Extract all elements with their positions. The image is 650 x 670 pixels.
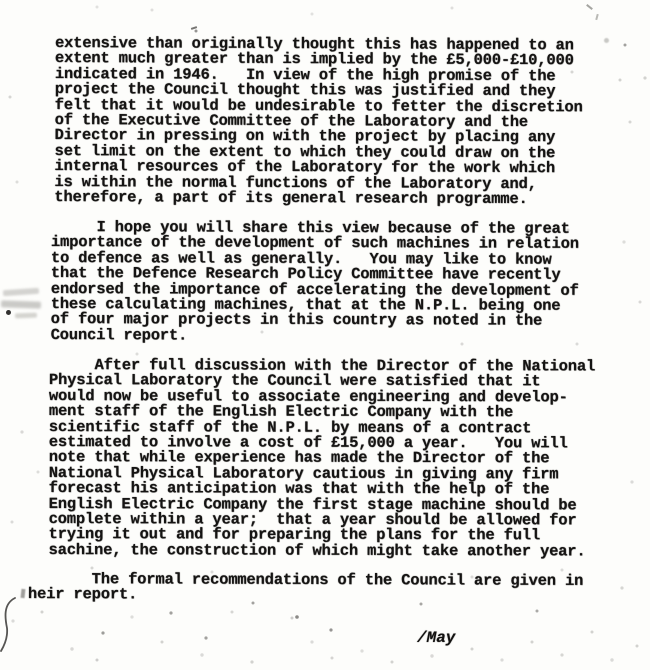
scan-noise-specks [0, 0, 2, 2]
pencil-smudge-artifact [1, 300, 41, 308]
body-paragraph-4: The formal recommendations of the Counci… [28, 572, 583, 605]
scanned-letter-page: extensive than originally thought this h… [0, 0, 650, 670]
stray-tick-artifact [191, 26, 197, 30]
corner-smudge-artifact [595, 14, 598, 20]
body-paragraph-3: After full discussion with the Director … [48, 358, 595, 560]
pencil-smudge-artifact [15, 313, 37, 319]
body-paragraph-2: I hope you will share this view because … [51, 220, 579, 345]
pencil-smudge-artifact [3, 288, 39, 296]
corner-smudge-artifact [604, 38, 609, 43]
page-continuation-mark: /May [417, 629, 455, 647]
corner-smudge-artifact [586, 4, 593, 10]
scan-noise-specks [0, 0, 2, 2]
margin-bullet-artifact [6, 310, 11, 315]
stray-bracket-artifact [0, 596, 18, 654]
body-paragraph-1: extensive than originally thought this h… [54, 36, 583, 208]
clipped-letter-artifact [21, 589, 26, 598]
